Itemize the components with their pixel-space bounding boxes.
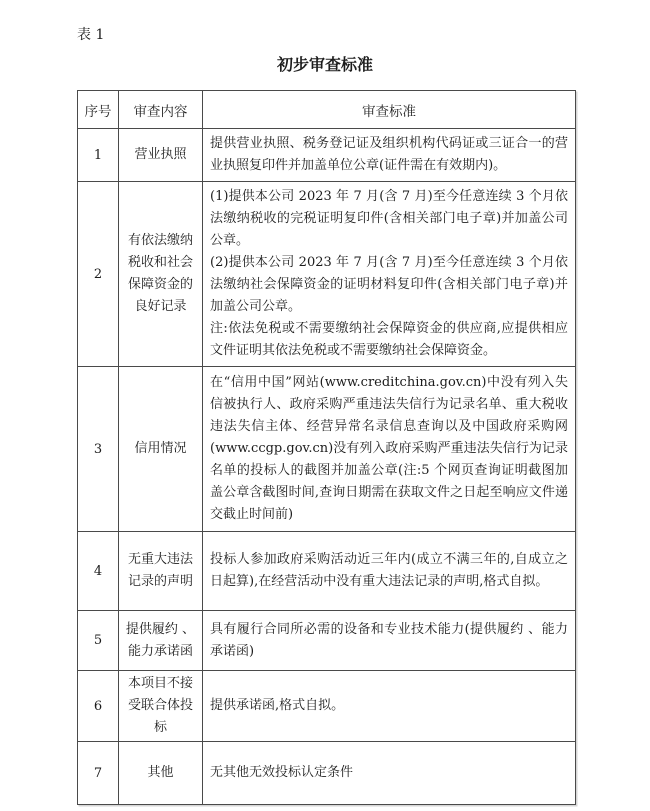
review-standard: 无其他无效投标认定条件 xyxy=(203,742,576,805)
table-row: 4 无重大违法记录的声明 投标人参加政府采购活动近三年内(成立不满三年的,自成立… xyxy=(78,532,576,611)
review-standard: 提供承诺函,格式自拟。 xyxy=(203,671,576,742)
row-number: 6 xyxy=(78,671,119,742)
review-content: 本项目不接受联合体投标 xyxy=(119,671,203,742)
table-row: 5 提供履约 、能力承诺函 具有履行合同所必需的设备和专业技术能力(提供履约 、… xyxy=(78,611,576,671)
header-cell-standard: 审查标准 xyxy=(203,91,576,129)
review-content: 信用情况 xyxy=(119,367,203,532)
row-number: 2 xyxy=(78,182,119,367)
standard-paragraph: (2)提供本公司 2023 年 7 月(含 7 月)至今任意连续 3 个月依法缴… xyxy=(210,252,568,318)
standard-paragraph: 投标人参加政府采购活动近三年内(成立不满三年的,自成立之日起算),在经营活动中没… xyxy=(210,549,568,593)
standard-paragraph: 注:依法免税或不需要缴纳社会保障资金的供应商,应提供相应文件证明其依法免税或不需… xyxy=(210,318,568,362)
review-content: 无重大违法记录的声明 xyxy=(119,532,203,611)
table-row: 7 其他 无其他无效投标认定条件 xyxy=(78,742,576,805)
row-number: 5 xyxy=(78,611,119,671)
standard-paragraph: 具有履行合同所必需的设备和专业技术能力(提供履约 、能力承诺函) xyxy=(210,619,568,663)
document-page: 表 1 初步审查标准 序号 审查内容 审查标准 1 营业执照 提供营业执照、税务… xyxy=(0,0,650,811)
standard-paragraph: (1)提供本公司 2023 年 7 月(含 7 月)至今任意连续 3 个月依法缴… xyxy=(210,186,568,252)
header-cell-content: 审查内容 xyxy=(119,91,203,129)
review-content: 提供履约 、能力承诺函 xyxy=(119,611,203,671)
row-number: 7 xyxy=(78,742,119,805)
review-standard: 提供营业执照、税务登记证及组织机构代码证或三证合一的营业执照复印件并加盖单位公章… xyxy=(203,129,576,182)
review-standard: 投标人参加政府采购活动近三年内(成立不满三年的,自成立之日起算),在经营活动中没… xyxy=(203,532,576,611)
page-title: 初步审查标准 xyxy=(0,55,650,75)
table-row: 1 营业执照 提供营业执照、税务登记证及组织机构代码证或三证合一的营业执照复印件… xyxy=(78,129,576,182)
header-cell-no: 序号 xyxy=(78,91,119,129)
row-number: 1 xyxy=(78,129,119,182)
standard-paragraph: 在“信用中国”网站(www.creditchina.gov.cn)中没有列入失信… xyxy=(210,372,568,526)
review-standard: (1)提供本公司 2023 年 7 月(含 7 月)至今任意连续 3 个月依法缴… xyxy=(203,182,576,367)
table-label: 表 1 xyxy=(77,26,104,44)
row-number: 4 xyxy=(78,532,119,611)
review-standard: 在“信用中国”网站(www.creditchina.gov.cn)中没有列入失信… xyxy=(203,367,576,532)
review-standards-table: 序号 审查内容 审查标准 1 营业执照 提供营业执照、税务登记证及组织机构代码证… xyxy=(77,90,576,805)
standard-paragraph: 提供营业执照、税务登记证及组织机构代码证或三证合一的营业执照复印件并加盖单位公章… xyxy=(210,133,568,177)
table-header-row: 序号 审查内容 审查标准 xyxy=(78,91,576,129)
review-content: 其他 xyxy=(119,742,203,805)
table-row: 3 信用情况 在“信用中国”网站(www.creditchina.gov.cn)… xyxy=(78,367,576,532)
review-content: 有依法缴纳税收和社会保障资金的良好记录 xyxy=(119,182,203,367)
review-standard: 具有履行合同所必需的设备和专业技术能力(提供履约 、能力承诺函) xyxy=(203,611,576,671)
table-row: 6 本项目不接受联合体投标 提供承诺函,格式自拟。 xyxy=(78,671,576,742)
standard-paragraph: 无其他无效投标认定条件 xyxy=(210,762,568,784)
review-content: 营业执照 xyxy=(119,129,203,182)
standard-paragraph: 提供承诺函,格式自拟。 xyxy=(210,695,568,717)
table-row: 2 有依法缴纳税收和社会保障资金的良好记录 (1)提供本公司 2023 年 7 … xyxy=(78,182,576,367)
row-number: 3 xyxy=(78,367,119,532)
